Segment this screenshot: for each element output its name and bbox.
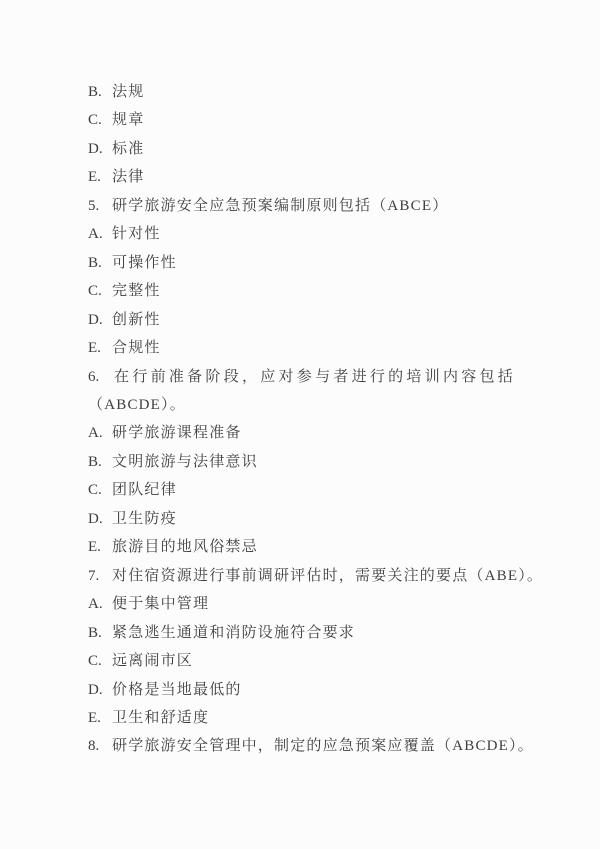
option-letter: C. (88, 647, 112, 675)
option-line: D.卫生防疫 (88, 505, 514, 533)
option-line: A.便于集中管理 (88, 590, 514, 618)
question-number: 8. (88, 732, 112, 760)
option-letter: C. (88, 277, 112, 305)
option-letter: B. (88, 249, 112, 277)
line-text: 紧急逃生通道和消防设施符合要求 (112, 625, 355, 641)
line-text: 针对性 (112, 226, 161, 242)
line-text: 可操作性 (112, 255, 177, 271)
option-letter: E. (88, 533, 112, 561)
option-line: E.法律 (88, 163, 514, 191)
line-text: 合规性 (112, 340, 161, 356)
option-letter: E. (88, 334, 112, 362)
line-text: 研学旅游课程准备 (112, 425, 242, 441)
question-line: 5.研学旅游安全应急预案编制原则包括（ABCE） (88, 192, 514, 220)
line-text: 法律 (112, 169, 144, 185)
option-line: D.创新性 (88, 306, 514, 334)
line-text: 卫生和舒适度 (112, 710, 209, 726)
option-line: A.研学旅游课程准备 (88, 419, 514, 447)
option-line: B.紧急逃生通道和消防设施符合要求 (88, 619, 514, 647)
option-letter: C. (88, 476, 112, 504)
option-letter: D. (88, 135, 112, 163)
question-number: 7. (88, 562, 112, 590)
option-letter: D. (88, 505, 112, 533)
option-line: B.法规 (88, 78, 514, 106)
line-text: 对住宿资源进行事前调研评估时，需要关注的要点（ABE）。 (112, 568, 543, 584)
line-text: 便于集中管理 (112, 596, 209, 612)
option-letter: A. (88, 590, 112, 618)
line-text: 卫生防疫 (112, 511, 177, 527)
option-letter: B. (88, 448, 112, 476)
question-line: 7.对住宿资源进行事前调研评估时，需要关注的要点（ABE）。 (88, 562, 514, 590)
option-line: E.旅游目的地风俗禁忌 (88, 533, 514, 561)
option-letter: B. (88, 78, 112, 106)
line-text: 远离闹市区 (112, 653, 193, 669)
option-line: E.卫生和舒适度 (88, 704, 514, 732)
option-letter: B. (88, 619, 112, 647)
line-text: 法规 (112, 84, 144, 100)
line-text: 价格是当地最低的 (112, 682, 242, 698)
line-text: 研学旅游安全管理中，制定的应急预案应覆盖（ABCDE）。 (112, 738, 534, 754)
line-text: 文明旅游与法律意识 (112, 454, 258, 470)
line-text: 规章 (112, 112, 144, 128)
option-line: C.规章 (88, 106, 514, 134)
question-list: B.法规C.规章D.标准E.法律5.研学旅游安全应急预案编制原则包括（ABCE）… (88, 78, 514, 761)
option-line: D.价格是当地最低的 (88, 676, 514, 704)
option-letter: E. (88, 704, 112, 732)
document-page: B.法规C.规章D.标准E.法律5.研学旅游安全应急预案编制原则包括（ABCE）… (0, 0, 600, 849)
line-text: 在行前准备阶段，应对参与者进行的培训内容包括（ABCDE）。 (88, 369, 514, 413)
line-text: 标准 (112, 141, 144, 157)
line-text: 研学旅游安全应急预案编制原则包括（ABCE） (112, 198, 448, 214)
option-letter: A. (88, 419, 112, 447)
option-letter: C. (88, 106, 112, 134)
option-line: C.完整性 (88, 277, 514, 305)
line-text: 团队纪律 (112, 482, 177, 498)
option-line: C.远离闹市区 (88, 647, 514, 675)
question-line: 6.在行前准备阶段，应对参与者进行的培训内容包括（ABCDE）。 (88, 363, 514, 420)
line-text: 创新性 (112, 312, 161, 328)
option-letter: A. (88, 220, 112, 248)
option-line: B.可操作性 (88, 249, 514, 277)
option-line: A.针对性 (88, 220, 514, 248)
line-text: 旅游目的地风俗禁忌 (112, 539, 258, 555)
option-letter: D. (88, 676, 112, 704)
option-line: C.团队纪律 (88, 476, 514, 504)
line-text: 完整性 (112, 283, 161, 299)
question-number: 5. (88, 192, 112, 220)
option-letter: E. (88, 163, 112, 191)
question-number: 6. (88, 363, 112, 391)
option-line: D.标准 (88, 135, 514, 163)
option-letter: D. (88, 306, 112, 334)
option-line: E.合规性 (88, 334, 514, 362)
option-line: B.文明旅游与法律意识 (88, 448, 514, 476)
question-line: 8.研学旅游安全管理中，制定的应急预案应覆盖（ABCDE）。 (88, 732, 514, 760)
